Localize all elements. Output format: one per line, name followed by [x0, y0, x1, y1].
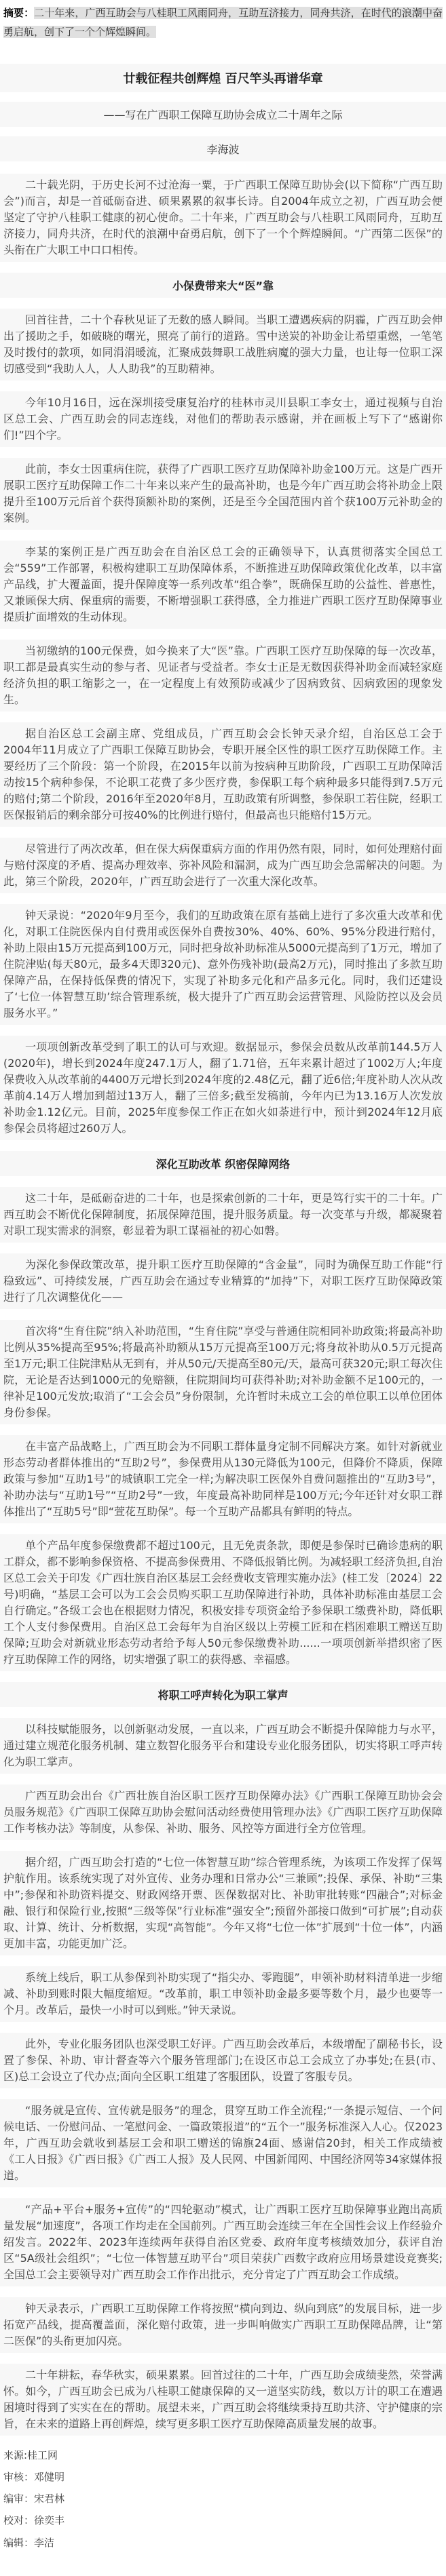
paragraph: 单个产品年度参保缴费都不超过100元，且无免责条款，即便是参保时已确诊患病的职工…	[0, 1534, 446, 1671]
paragraph: 李某的案例正是广西互助会在自治区总工会的正确领导下，认真贯彻落实全国总工会“55…	[0, 541, 446, 629]
paragraph: 二十载光阴，于历史长河不过沧海一粟，于广西职工保障互助协会(以下简称“广西互助会…	[0, 174, 446, 262]
paragraph: 今年10月16日，远在深圳接受康复治疗的桂林市灵川县职工李女士，通过视频与自治区…	[0, 391, 446, 447]
paragraph: 这二十年，是砥砺奋进的二十年，也是探索创新的二十年，更是笃行实干的二十年。广西互…	[0, 1187, 446, 1243]
paragraph: 此外，专业化服务团队也深受职工好评。广西互助会改革后，本级增配了副秘书长，设置了…	[0, 2033, 446, 2088]
paragraph: “服务就是宣传、宣传就是服务”的理念，贯穿互助工作全流程;“一条提示短信、一个问…	[0, 2099, 446, 2187]
article-body: 二十载光阴，于历史长河不过沧海一粟，于广西职工保障互助协会(以下简称“广西互助会…	[0, 174, 446, 2436]
footer-credit-line: 来源:桂工网	[0, 2446, 446, 2464]
paragraph: 尽管进行了两次改革，但在保大病保重病方面的作用仍然有限，同时，如何处理赔付面与赔…	[0, 838, 446, 893]
paragraph: 以科技赋能服务，以创新驱动发展，一直以来，广西互助会不断提升保障能力与水平，通过…	[0, 1718, 446, 1774]
abstract-label: 摘要：	[3, 7, 34, 19]
footer-credit-line: 审核：邓健明	[0, 2468, 446, 2486]
article-footer: 来源:桂工网审核：邓健明编审：宋君林校对：徐奕丰编辑：李洁	[0, 2446, 446, 2552]
section-heading: 小保费带来大“医”靠	[0, 273, 446, 298]
footer-credit-line: 编辑：李洁	[0, 2534, 446, 2552]
article-subtitle: ——写在广西职工保障互助协会成立二十周年之际	[0, 102, 446, 127]
section-heading: 将职工呼声转化为职工掌声	[0, 1682, 446, 1707]
section-heading: 深化互助改革 织密保障网络	[0, 1151, 446, 1176]
abstract: 摘要：二十年来，广西互助会与八桂职工风雨同舟，互助互济接力，同舟共济，在时代的浪…	[0, 3, 446, 46]
paragraph: 在丰富产品战略上，广西互助会为不同职工群体量身定制不同解决方案。如针对新就业形态…	[0, 1435, 446, 1523]
abstract-text: 二十年来，广西互助会与八桂职工风雨同舟，互助互济接力，同舟共济，在时代的浪潮中奋…	[3, 7, 443, 38]
paragraph: 系统上线后，职工从参保到补助实现了“指尖办、零跑腿”，申领补助材料清单进一步缩减…	[0, 1966, 446, 2022]
paragraph: 据自治区总工会副主席、党组成员，广西互助会会长钟天录介绍，自治区总工会于2004…	[0, 722, 446, 827]
paragraph: 一项项创新改革受到了职工的认可与欢迎。数据显示，参保会员数从改革前144.5万人…	[0, 1036, 446, 1140]
paragraph: 广西互助会出台《广西壮族自治区职工医疗互助保障办法》《广西职工保障互助协会会员服…	[0, 1784, 446, 1840]
paragraph: 当初缴纳的100元保费，如今换来了大“医”靠。广西职工医疗互助保障的每一次改革，…	[0, 640, 446, 711]
paragraph: 此前，李女士因重病住院，获得了广西职工医疗互助保障补助金100万元。这是广西开展…	[0, 458, 446, 530]
footer-credit-line: 编审：宋君林	[0, 2490, 446, 2507]
paragraph: 为深化参保政策改革，提升职工医疗互助保障的“含金量”，同时为确保互助工作能“行稳…	[0, 1253, 446, 1309]
paragraph: “产品+平台+服务+宣传”的“四轮驱动”模式，让广西职工医疗互助保障事业跑出高质…	[0, 2198, 446, 2286]
footer-credit-line: 校对：徐奕丰	[0, 2512, 446, 2529]
paragraph: 首次将“生育住院”纳入补助范围，“生育住院”享受与普通住院相同补助政策;将最高补…	[0, 1320, 446, 1424]
article-title: 廿载征程共创辉煌 百尺竿头再谱华章	[0, 64, 446, 92]
article-author: 李海波	[0, 136, 446, 161]
paragraph: 回首往昔，二十个春秋见证了无数的感人瞬间。当职工遭遇疾病的阴霾，广西互助会伸出了…	[0, 309, 446, 380]
paragraph: 据介绍，广西互助会打造的“七位一体智慧互助”综合管理系统，为该项工作发挥了保驾护…	[0, 1851, 446, 1955]
article-page: 摘要：二十年来，广西互助会与八桂职工风雨同舟，互助互济接力，同舟共济，在时代的浪…	[0, 0, 446, 2576]
paragraph: 二十年耕耘，春华秋实，硕果累累。回首过往的二十年，广西互助会成绩斐然，荣誉满怀。…	[0, 2364, 446, 2436]
paragraph: 钟天录表示，广西职工互助保障工作将按照“横向到边、纵向到底”的发展目标，进一步拓…	[0, 2297, 446, 2353]
paragraph: 钟天录说：“2020年9月至今，我们的互助政策在原有基础上进行了多次重大改革和优…	[0, 904, 446, 1025]
